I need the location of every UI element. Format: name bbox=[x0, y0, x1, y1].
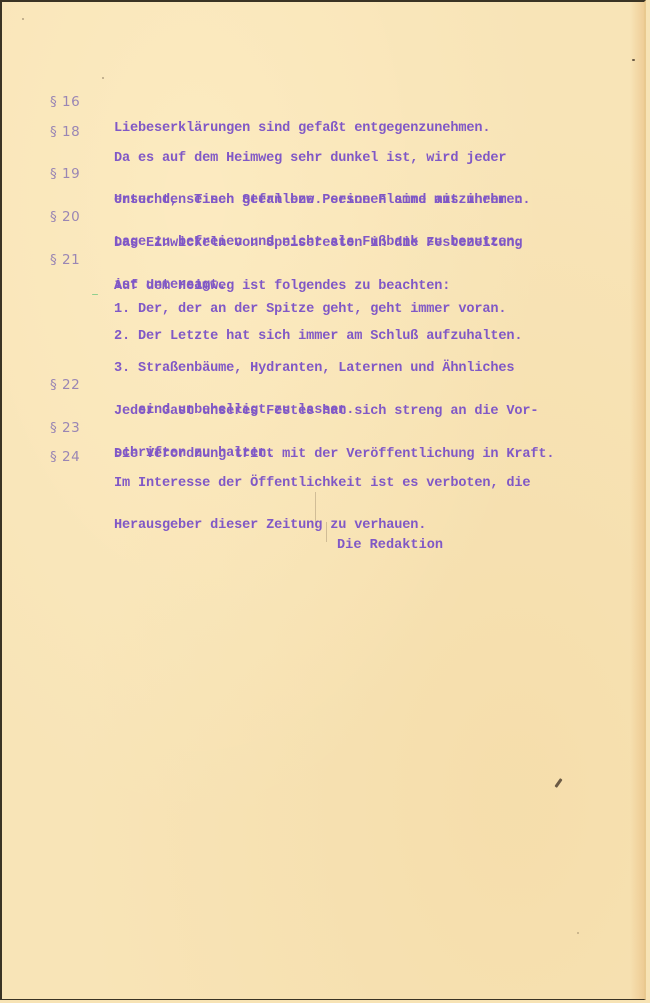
text-line: Jeder Gast unseres Festes hat sich stren… bbox=[114, 405, 538, 419]
paper-crease bbox=[326, 522, 327, 542]
paragraph-number: § 23 bbox=[50, 420, 80, 436]
paragraph-number: § 20 bbox=[50, 209, 80, 225]
paper-edge-shade bbox=[630, 2, 644, 999]
text-line: Das Einwickeln von Speiseresten in die F… bbox=[114, 237, 522, 251]
text-line: Da es auf dem Heimweg sehr dunkel ist, w… bbox=[114, 152, 530, 166]
text-line: Im Interesse der Öffentlichkeit ist es v… bbox=[114, 477, 530, 491]
paper-crease bbox=[315, 492, 316, 522]
text-line: 3. Straßenbäume, Hydranten, Laternen und… bbox=[114, 362, 514, 376]
paper-speck bbox=[554, 778, 562, 788]
paper-speck bbox=[102, 77, 104, 79]
paragraph-number: § 22 bbox=[50, 377, 80, 393]
paragraph-number: § 19 bbox=[50, 166, 80, 182]
text-line: Unter den Tisch gefallene Personen sind … bbox=[114, 194, 522, 208]
paper-speck bbox=[577, 932, 579, 934]
paper-speck bbox=[22, 18, 24, 20]
paragraph-number: § 16 bbox=[50, 94, 80, 110]
paragraph-text: Im Interesse der Öffentlichkeit ist es v… bbox=[114, 449, 530, 561]
text-line: Herausgeber dieser Zeitung zu verhauen. bbox=[114, 519, 530, 533]
paragraph-number: § 21 bbox=[50, 252, 80, 268]
paragraph-number: § 24 bbox=[50, 449, 80, 465]
signature: Die Redaktion bbox=[337, 538, 443, 553]
typed-document-page: § 16 Liebeserklärungen sind gefaßt entge… bbox=[0, 0, 646, 1000]
paper-speck bbox=[632, 59, 635, 61]
paragraph-number: § 18 bbox=[50, 124, 80, 140]
paper-speck bbox=[92, 294, 98, 295]
